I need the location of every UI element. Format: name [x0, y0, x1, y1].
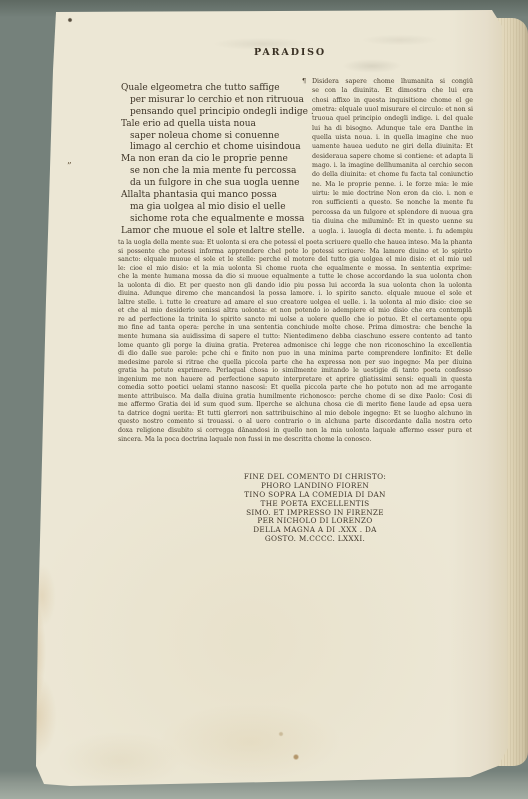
commentary-line: tia diuina che miluminō: Et in questo ue… — [312, 217, 473, 226]
colophon: FINE DEL COMENTO DI CHRISTO: PHORO LANDI… — [229, 473, 401, 544]
verse-line: Tale erio ad quella uista noua — [121, 119, 321, 131]
commentary-line: chosi affixo in questa inquisitione chom… — [312, 96, 473, 105]
verse-column: Quale elgeometra che tutto saffige per m… — [121, 83, 321, 238]
commentary-block: ta la uogla della mente sua: Et uolonta … — [118, 239, 472, 444]
commentary-line: ta la uogla della mente sua: Et uolonta … — [118, 239, 472, 248]
running-header: PARADISO — [254, 47, 326, 58]
commentary-line: mente attribuisco. Ma dalla diuina grati… — [118, 393, 472, 402]
verse-line: Quale elgeometra che tutto saffige — [121, 83, 321, 95]
commentary-line: mo fine ad tanta opera: perche in una se… — [118, 324, 472, 333]
commentary-line: di dio dalle sue parole: pche chi e fini… — [118, 350, 472, 359]
commentary-line: gratia ha potuto exprimere. Perlaqual ch… — [118, 367, 472, 376]
commentary-line: lui ha di bisogno. Adunque tale era Dant… — [312, 124, 473, 133]
verse-line: per misurar lo cerchio et non ritruoua — [121, 95, 321, 107]
commentary-line: le: cioe el mio disio: et la mia uolonta… — [118, 265, 472, 274]
verse-line: Lamor che muoue el sole et laltre stelle… — [121, 226, 321, 238]
commentary-line: uamente hauea ueduto ne giri della diuin… — [312, 142, 473, 151]
commentary-line: ta datrice dogni uerita: Et tutti glerro… — [118, 410, 472, 419]
verse-line: se non che la mia mente fu percossa — [121, 166, 321, 178]
commentary-line: medesime parole si ritrae che quella pic… — [118, 359, 472, 368]
photographed-book-scene: PARADISO ” ¶ Quale elgeometra che tutto … — [0, 0, 528, 799]
commentary-line: ometra: elquale uuol misurare el circulo… — [312, 105, 473, 114]
commentary-line: laltre stelle. i. tutte le creature ad a… — [118, 299, 472, 308]
commentary-line: re ad perfectione la trinita lo spirito … — [118, 316, 472, 325]
commentary-line: sancto: elquale muoue el sole et le stel… — [118, 256, 472, 265]
commentary-line: me affermo Gratia dei id sum quod sum. I… — [118, 401, 472, 410]
verse-line: Allalta phantasia qui manco possa — [121, 190, 321, 202]
commentary-line: si possente che potessi informa apprende… — [118, 248, 472, 257]
commentary-line: la uolonta di dio. Et per questo non gli… — [118, 282, 472, 291]
commentary-line: lome quanto gli porge la diuina gratia. … — [118, 342, 472, 351]
marginal-mark: ” — [67, 162, 72, 172]
commentary-line: mente humana sia auidissima di sapere el… — [118, 333, 472, 342]
commentary-column: Disidera sapere chome lhumanita si congi… — [312, 77, 473, 236]
commentary-line: et che al mio desiderio uenissi altra uo… — [118, 307, 472, 316]
verse-line: limago al cerchio et chome uisindoua — [121, 142, 321, 154]
verse-line: da un fulgore in che sua uogla uenne — [121, 178, 321, 190]
commentary-line: sincera. Ma la poca doctrina laquale non… — [118, 436, 472, 445]
commentary-line: percossa da un fulgore et splendore di n… — [312, 208, 473, 217]
book-page: PARADISO ” ¶ Quale elgeometra che tutto … — [0, 0, 528, 799]
commentary-line: mago. i. la imagine dellhumanita al cerc… — [312, 161, 473, 170]
commentary-line: questo nostro comento si trouassi. o al … — [118, 418, 472, 427]
commentary-line: doxa religione disubito si corregga dāna… — [118, 427, 472, 436]
verse-line: sichome rota che equalmente e mossa — [121, 214, 321, 226]
commentary-line: truoua quel principio ondegli indige. i.… — [312, 114, 473, 123]
commentary-line: se con la diuinita. Et dimostra che lui … — [312, 86, 473, 95]
commentary-line: che la mente humana mossa da dio si muou… — [118, 273, 472, 282]
page-content: PARADISO ” ¶ Quale elgeometra che tutto … — [0, 0, 528, 799]
commentary-line: uirtu: le mie doctrine Non eron da cio. … — [312, 189, 473, 198]
verse-line: saper noleua chome si conuenne — [121, 131, 321, 143]
commentary-line: comedia sotto poetici uelami stanno nasc… — [118, 384, 472, 393]
verse-line: pensando quel principio ondegli indige . — [121, 107, 321, 119]
commentary-line: ingenium me non hauere ad perfectione sa… — [118, 376, 472, 385]
commentary-line: Disidera sapere chome lhumanita si congi… — [312, 77, 473, 86]
commentary-line: desideraua sapere chome si contiene: et … — [312, 152, 473, 161]
commentary-line: quella uista noua. i. in quella imagine … — [312, 133, 473, 142]
colophon-line: GOSTO. M.CCCC. LXXXI. — [229, 535, 401, 544]
commentary-line: diuina. Adunque diremo che mancandosi la… — [118, 290, 472, 299]
commentary-line: ron sufficienti a questo. Se nonche la m… — [312, 198, 473, 207]
commentary-line: a uogla. i. lauogla di decta mente. i. f… — [312, 227, 473, 236]
commentary-line: do della diuinita: et chome fu facta tal… — [312, 170, 473, 179]
verse-line: ma gia uolgea al mio disio el uelle — [121, 202, 321, 214]
commentary-line: ne. Ma le proprie penne. i. le forze mia… — [312, 180, 473, 189]
verse-line: Ma non eran da cio le proprie penne — [121, 154, 321, 166]
